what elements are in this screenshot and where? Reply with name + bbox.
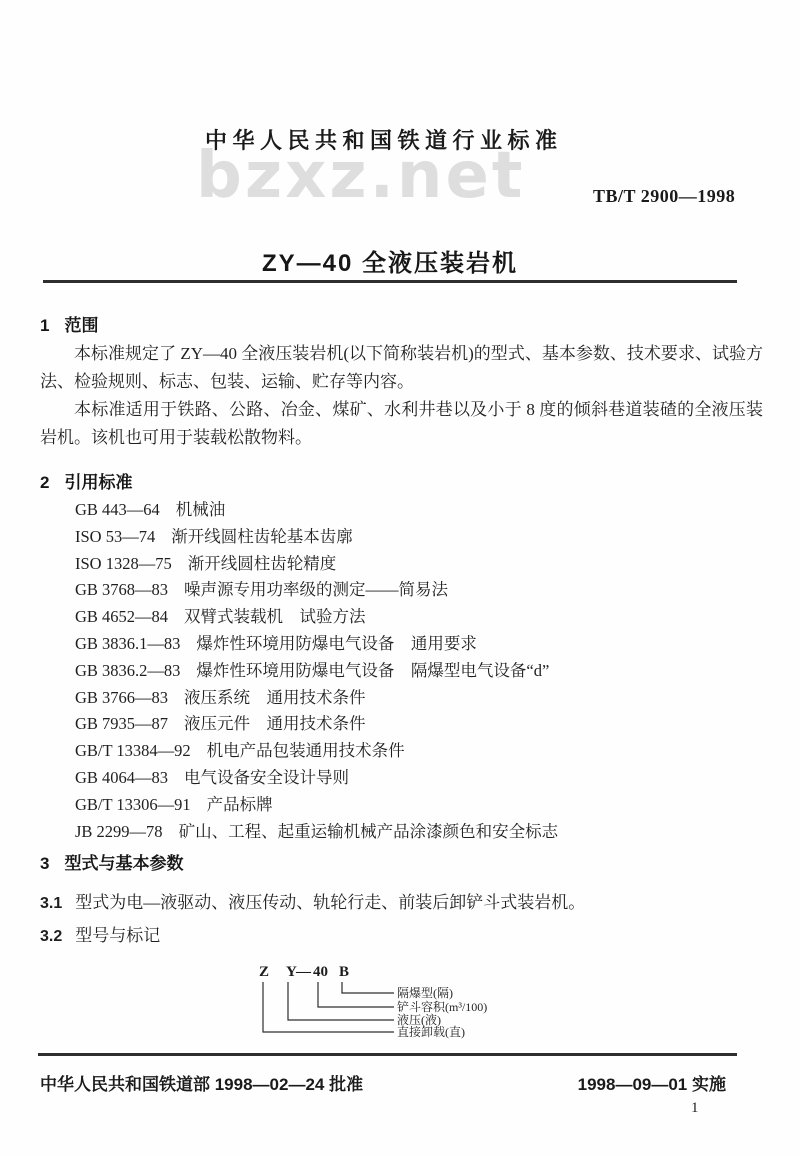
reference-code: ISO 53—74 [75, 524, 155, 551]
reference-item: GB 3768—83噪声源专用功率级的测定——简易法 [75, 577, 775, 604]
reference-standards-list: GB 443—64机械油 ISO 53—74渐开线圆柱齿轮基本齿廓 ISO 13… [75, 497, 775, 845]
reference-code: GB/T 13306—91 [75, 792, 191, 819]
reference-item: GB 7935—87液压元件 通用技术条件 [75, 711, 775, 738]
reference-title: 电气设备安全设计导则 [184, 768, 349, 787]
section-2-heading: 2引用标准 [40, 468, 132, 493]
section-2-title: 引用标准 [64, 473, 132, 492]
clause-3-1: 3.1型式为电—液驱动、液压传动、轨轮行走、前装后卸铲斗式装岩机。 [40, 888, 585, 913]
model-code-z: Z [259, 964, 269, 981]
designation-label-bucket-capacity: 铲斗容积(m³/100) [397, 1001, 487, 1014]
reference-title: 液压元件 通用技术条件 [184, 714, 366, 733]
reference-title: 双臂式装载机 试验方法 [184, 607, 366, 626]
reference-item: JB 2299—78矿山、工程、起重运输机械产品涂漆颜色和安全标志 [75, 819, 775, 846]
reference-item: GB 4064—83电气设备安全设计导则 [75, 765, 775, 792]
document-title: ZY—40 全液压装岩机 [0, 243, 780, 278]
model-code-b: B [339, 964, 349, 981]
reference-title: 液压系统 通用技术条件 [184, 688, 366, 707]
scope-paragraphs: 本标准规定了 ZY—40 全液压装岩机(以下简称装岩机)的型式、基本参数、技术要… [40, 340, 763, 452]
reference-title: 产品标牌 [207, 795, 273, 814]
clause-3-2-text: 型号与标记 [75, 926, 160, 945]
reference-code: GB 4652—84 [75, 604, 168, 631]
clause-3-2-number: 3.2 [40, 928, 62, 946]
reference-code: ISO 1328—75 [75, 551, 172, 578]
reference-item: GB 4652—84双臂式装载机 试验方法 [75, 604, 775, 631]
reference-title: 渐开线圆柱齿轮精度 [188, 554, 337, 573]
standard-class-title: 中华人民共和国铁道行业标准 [205, 124, 563, 155]
clause-3-1-text: 型式为电—液驱动、液压传动、轨轮行走、前装后卸铲斗式装岩机。 [75, 893, 585, 912]
footer-divider-rule [38, 1053, 737, 1056]
reference-code: GB 3836.1—83 [75, 631, 180, 658]
reference-title: 爆炸性环境用防爆电气设备 通用要求 [196, 634, 477, 653]
section-1-heading: 1范围 [40, 311, 98, 336]
section-3-heading: 3型式与基本参数 [40, 849, 183, 874]
clause-3-2: 3.2型号与标记 [40, 921, 160, 946]
standard-number: TB/T 2900—1998 [593, 186, 735, 207]
reference-item: GB 3766—83液压系统 通用技术条件 [75, 685, 775, 712]
reference-code: GB 3768—83 [75, 577, 168, 604]
reference-title: 爆炸性环境用防爆电气设备 隔爆型电气设备“d” [196, 661, 549, 680]
reference-code: GB 4064—83 [75, 765, 168, 792]
reference-code: GB 7935—87 [75, 711, 168, 738]
reference-title: 机械油 [176, 500, 226, 519]
section-3-title: 型式与基本参数 [64, 854, 183, 873]
model-code-dash: — [296, 964, 311, 981]
reference-title: 渐开线圆柱齿轮基本齿廓 [171, 527, 353, 546]
header-divider-rule [43, 280, 737, 283]
section-1-title: 范围 [64, 316, 98, 335]
model-code-40: 40 [313, 964, 328, 981]
reference-item: ISO 53—74渐开线圆柱齿轮基本齿廓 [75, 524, 775, 551]
scope-paragraph-1: 本标准规定了 ZY—40 全液压装岩机(以下简称装岩机)的型式、基本参数、技术要… [40, 340, 763, 396]
reference-item: ISO 1328—75渐开线圆柱齿轮精度 [75, 551, 775, 578]
reference-title: 机电产品包装通用技术条件 [207, 741, 405, 760]
reference-code: GB 3766—83 [75, 685, 168, 712]
reference-item: GB 3836.1—83爆炸性环境用防爆电气设备 通用要求 [75, 631, 775, 658]
designation-label-flameproof: 隔爆型(隔) [397, 987, 453, 1000]
reference-title: 矿山、工程、起重运输机械产品涂漆颜色和安全标志 [179, 822, 559, 841]
footer-implementation-text: 1998—09—01 实施 [578, 1070, 726, 1095]
scope-paragraph-2: 本标准适用于铁路、公路、冶金、煤矿、水利井巷以及小于 8 度的倾斜巷道装碴的全液… [40, 396, 763, 452]
section-2-number: 2 [40, 473, 49, 493]
reference-item: GB/T 13306—91产品标牌 [75, 792, 775, 819]
reference-item: GB/T 13384—92机电产品包装通用技术条件 [75, 738, 775, 765]
section-1-number: 1 [40, 316, 49, 336]
reference-item: GB 443—64机械油 [75, 497, 775, 524]
reference-title: 噪声源专用功率级的测定——简易法 [184, 580, 448, 599]
document-page: bzxz.net 中华人民共和国铁道行业标准 TB/T 2900—1998 ZY… [0, 0, 800, 1156]
model-designation-diagram: Z Y — 40 B 隔爆型(隔) 铲斗容积(m³/100) 液压(液) 直接卸… [240, 962, 660, 1044]
reference-code: GB 443—64 [75, 497, 160, 524]
reference-code: JB 2299—78 [75, 819, 163, 846]
designation-label-direct-unload: 直接卸载(直) [397, 1026, 465, 1039]
reference-item: GB 3836.2—83爆炸性环境用防爆电气设备 隔爆型电气设备“d” [75, 658, 775, 685]
reference-code: GB/T 13384—92 [75, 738, 191, 765]
footer-approval-text: 中华人民共和国铁道部 1998—02—24 批准 [40, 1070, 363, 1095]
clause-3-1-number: 3.1 [40, 895, 62, 913]
section-3-number: 3 [40, 854, 49, 874]
page-number: 1 [691, 1100, 699, 1117]
reference-code: GB 3836.2—83 [75, 658, 180, 685]
